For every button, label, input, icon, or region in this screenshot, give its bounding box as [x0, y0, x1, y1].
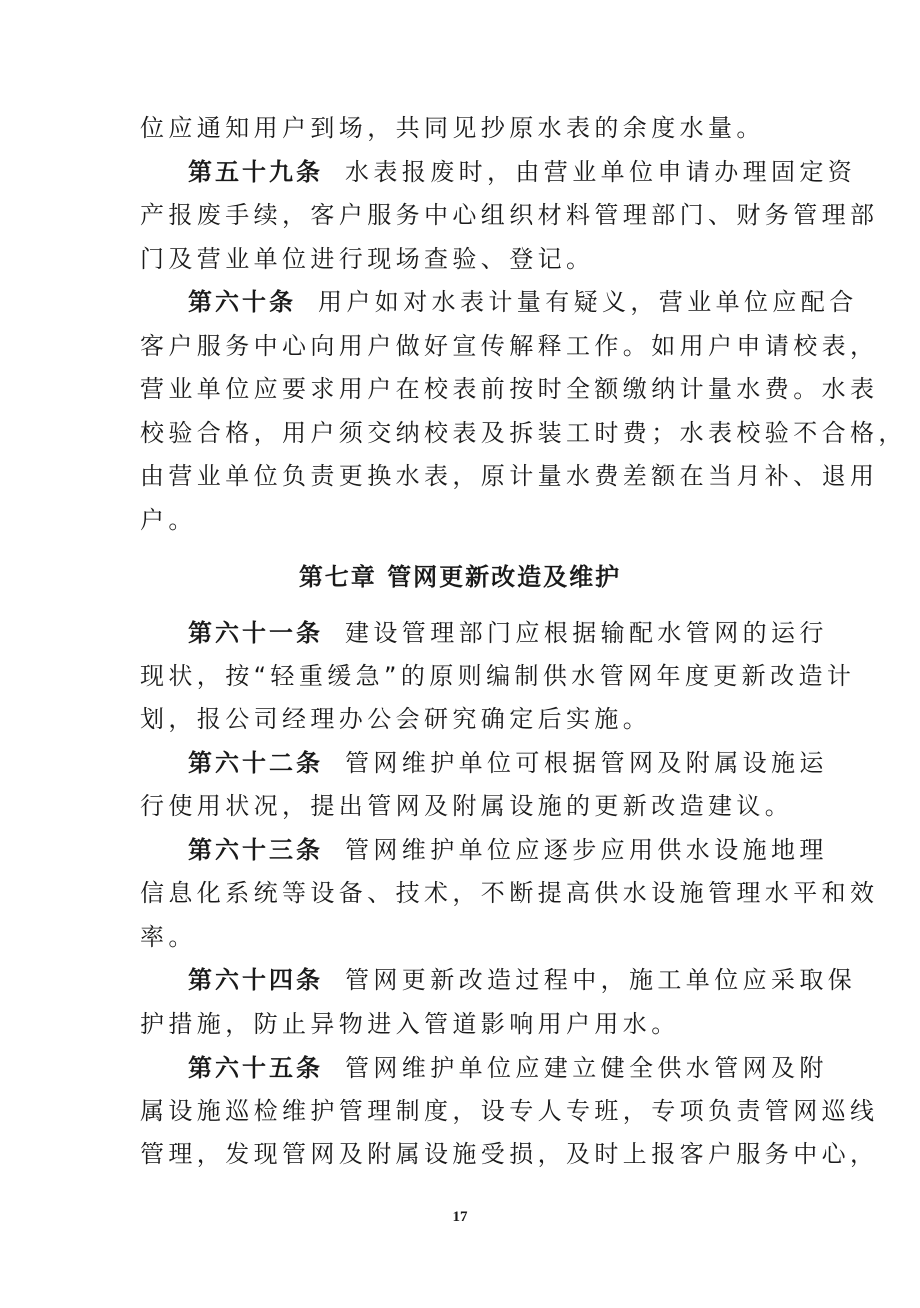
article-text: 管网维护单位可根据管网及附属设施运 [345, 749, 828, 777]
article-label: 第六十四条 [188, 966, 323, 994]
article-text: 建设管理部门应根据输配水管网的运行 [345, 619, 828, 647]
paragraph-line: 属设施巡检维护管理制度，设专人专班，专项负责管网巡线 [140, 1096, 782, 1126]
paragraph-line: 由营业单位负责更换水表，原计量水费差额在当月补、退用 [140, 461, 782, 491]
document-page: 位应通知用户到场，共同见抄原水表的余度水量。 第五十九条水表报废时，由营业单位申… [0, 0, 920, 1308]
article-60-first-line: 第六十条用户如对水表计量有疑义，营业单位应配合 [188, 287, 782, 317]
paragraph-line: 护措施，防止异物进入管道影响用户用水。 [140, 1009, 782, 1039]
article-label: 第六十三条 [188, 836, 323, 864]
article-text: 管网维护单位应逐步应用供水设施地理 [345, 836, 828, 864]
paragraph-line: 门及营业单位进行现场查验、登记。 [140, 244, 782, 274]
paragraph-line: 产报废手续，客户服务中心组织材料管理部门、财务管理部 [140, 200, 782, 230]
article-text: 管网维护单位应建立健全供水管网及附 [345, 1054, 828, 1082]
article-text: 用户如对水表计量有疑义，营业单位应配合 [318, 288, 858, 316]
chapter-heading: 第七章 管网更新改造及维护 [0, 562, 920, 592]
paragraph-line: 划，报公司经理办公会研究确定后实施。 [140, 704, 782, 734]
article-label: 第六十一条 [188, 619, 323, 647]
article-label: 第六十五条 [188, 1054, 323, 1082]
article-text: 管网更新改造过程中，施工单位应采取保 [345, 966, 856, 994]
paragraph-line: 行使用状况，提出管网及附属设施的更新改造建议。 [140, 791, 782, 821]
paragraph-line: 营业单位应要求用户在校表前按时全额缴纳计量水费。水表 [140, 374, 782, 404]
paragraph-line: 客户服务中心向用户做好宣传解释工作。如用户申请校表， [140, 331, 782, 361]
paragraph-line: 管理，发现管网及附属设施受损，及时上报客户服务中心， [140, 1139, 782, 1169]
paragraph-line: 信息化系统等设备、技术，不断提高供水设施管理水平和效 [140, 878, 782, 908]
paragraph-line: 率。 [140, 922, 782, 952]
article-text: 水表报废时，由营业单位申请办理固定资 [345, 158, 856, 186]
paragraph-line: 位应通知用户到场，共同见抄原水表的余度水量。 [140, 113, 782, 143]
page-number: 17 [0, 1209, 920, 1226]
article-label: 第六十条 [188, 288, 296, 316]
article-label: 第六十二条 [188, 749, 323, 777]
article-62-first-line: 第六十二条管网维护单位可根据管网及附属设施运 [188, 748, 782, 778]
article-63-first-line: 第六十三条管网维护单位应逐步应用供水设施地理 [188, 835, 782, 865]
article-label: 第五十九条 [188, 158, 323, 186]
paragraph-line: 户。 [140, 505, 782, 535]
article-59-first-line: 第五十九条水表报废时，由营业单位申请办理固定资 [188, 157, 782, 187]
paragraph-line: 现状，按“轻重缓急”的原则编制供水管网年度更新改造计 [140, 661, 782, 691]
article-64-first-line: 第六十四条管网更新改造过程中，施工单位应采取保 [188, 965, 782, 995]
article-65-first-line: 第六十五条管网维护单位应建立健全供水管网及附 [188, 1053, 782, 1083]
paragraph-line: 校验合格，用户须交纳校表及拆装工时费；水表校验不合格， [140, 418, 782, 448]
article-61-first-line: 第六十一条建设管理部门应根据输配水管网的运行 [188, 618, 782, 648]
